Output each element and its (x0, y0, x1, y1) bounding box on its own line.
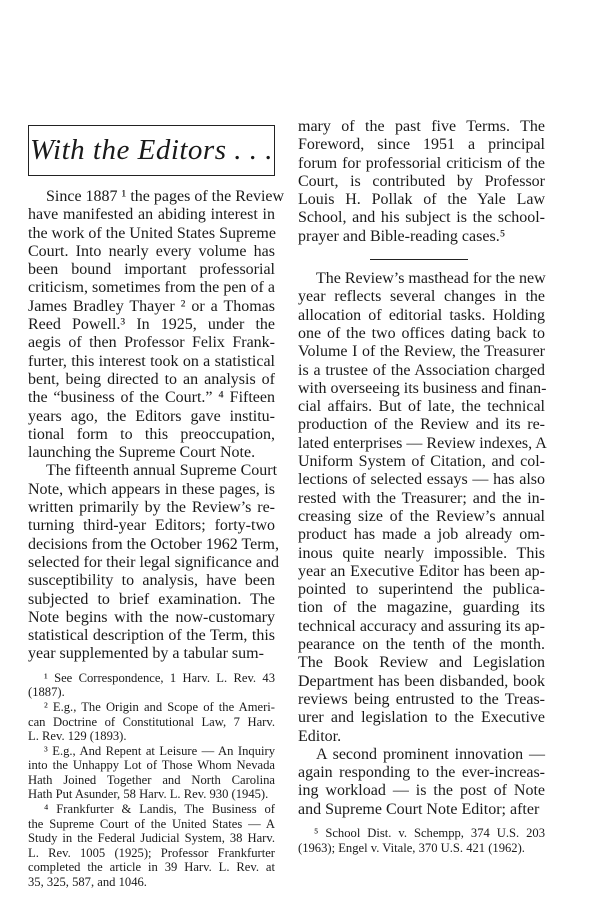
right-column: mary of the past five Terms. TheForeword… (298, 118, 545, 855)
text-line: written primarily by the Review’s re- (28, 499, 275, 517)
text-line: ing workload — is the post of Note (298, 782, 545, 800)
text-line: The Book Review and Legislation (298, 654, 545, 672)
paragraph-1: Since 1887 ¹ the pages of the Reviewhave… (28, 188, 275, 462)
text-line: School, and his subject is the school- (298, 209, 545, 227)
text-line: one of the two offices dating back to (298, 325, 545, 343)
text-line: Foreword, since 1951 a principal (298, 136, 545, 154)
text-line: lections of selected essays — has also (298, 471, 545, 489)
text-line: the “business of the Court.” ⁴ Fifteen (28, 389, 275, 407)
text-line: aegis of then Professor Felix Frank- (28, 334, 275, 352)
text-line: The fifteenth annual Supreme Court (28, 462, 275, 480)
text-line: Reed Powell.³ In 1925, under the (28, 316, 275, 334)
text-line: again responding to the ever-increas- (298, 764, 545, 782)
footnote-5: ⁵ School Dist. v. Schempp, 374 U.S. 203(… (298, 826, 545, 855)
text-line: prayer and Bible-reading cases.⁵ (298, 228, 545, 246)
text-line: year reflects several changes in the (298, 288, 545, 306)
text-line: is a trustee of the Association charged (298, 362, 545, 380)
text-line: can Doctrine of Constitutional Law, 7 Ha… (28, 715, 275, 730)
text-line: Louis H. Pollak of the Yale Law (298, 191, 545, 209)
text-line: tion of the magazine, guarding its (298, 599, 545, 617)
text-line: criticism, sometimes from the pen of a (28, 279, 275, 297)
text-line: tional form to this preoccupation, (28, 426, 275, 444)
text-line: A second prominent innovation — (298, 746, 545, 764)
text-line: Uniform System of Citation, and col- (298, 453, 545, 471)
text-line: furter, this interest took on a statisti… (28, 353, 275, 371)
text-line: Study in the Federal Judicial System, 38… (28, 831, 275, 846)
footnote-3: ³ E.g., And Repent at Leisure — An Inqui… (28, 744, 275, 802)
text-line: pointed to superintend the publica- (298, 581, 545, 599)
text-line: L. Rev. 129 (1893). (28, 729, 275, 744)
text-line: susceptibility to analysis, have been (28, 572, 275, 590)
text-line: allocation of editorial tasks. Holding (298, 307, 545, 325)
text-line: ⁴ Frankfurter & Landis, The Business of (28, 802, 275, 817)
text-line: and Supreme Court Note Editor; after (298, 801, 545, 819)
text-line: lated enterprises — Review indexes, A (298, 435, 545, 453)
paragraph-5: A second prominent innovation —again res… (298, 746, 545, 819)
text-line: ⁵ School Dist. v. Schempp, 374 U.S. 203 (298, 826, 545, 841)
text-line: with overseeing its business and finan- (298, 380, 545, 398)
paragraph-3: mary of the past five Terms. TheForeword… (298, 118, 545, 246)
text-line: subjected to brief examination. The (28, 591, 275, 609)
text-line: cial affairs. But of late, the technical (298, 398, 545, 416)
text-line: 35, 325, 587, and 1046. (28, 875, 275, 890)
text-line: been bound important professorial (28, 261, 275, 279)
text-line: bent, being directed to an analysis of (28, 371, 275, 389)
text-line: The Review’s masthead for the new (298, 270, 545, 288)
footnotes-left: ¹ See Correspondence, 1 Harv. L. Rev. 43… (28, 671, 275, 890)
text-line: launching the Supreme Court Note. (28, 444, 275, 462)
text-line: (1963); Engel v. Vitale, 370 U.S. 421 (1… (298, 841, 545, 856)
text-line: production of the Review and its re- (298, 416, 545, 434)
text-line: Editor. (298, 728, 545, 746)
text-line: selected for their legal significance an… (28, 554, 275, 572)
text-line: Volume I of the Review, the Treasurer (298, 343, 545, 361)
text-line: the work of the United States Supreme (28, 225, 275, 243)
section-title: With the Editors . . . (30, 134, 273, 167)
text-line: turning third-year Editors; forty-two (28, 517, 275, 535)
paragraph-2: The fifteenth annual Supreme CourtNote, … (28, 462, 275, 663)
text-line: Court, is contributed by Professor (298, 173, 545, 191)
footnote-2: ² E.g., The Origin and Scope of the Amer… (28, 700, 275, 744)
text-line: rested with the Treasurer; and the in- (298, 490, 545, 508)
text-line: year an Executive Editor has been ap- (298, 563, 545, 581)
text-line: Note, which appears in these pages, is (28, 481, 275, 499)
text-line: year supplemented by a tabular sum- (28, 645, 275, 663)
text-line: (1887). (28, 685, 275, 700)
text-line: have manifested an abiding interest in (28, 206, 275, 224)
left-column: With the Editors . . . Since 1887 ¹ the … (28, 118, 275, 890)
text-line: ³ E.g., And Repent at Leisure — An Inqui… (28, 744, 275, 759)
text-line: technical accuracy and assuring its ap- (298, 618, 545, 636)
text-line: urer and legislation to the Executive (298, 709, 545, 727)
text-line: Hath Joined Together and North Carolina (28, 773, 275, 788)
text-line: reviews being entrusted to the Treas- (298, 691, 545, 709)
text-line: mary of the past five Terms. The (298, 118, 545, 136)
text-line: statistical description of the Term, thi… (28, 627, 275, 645)
text-line: James Bradley Thayer ² or a Thomas (28, 298, 275, 316)
section-title-box: With the Editors . . . (28, 125, 275, 176)
text-line: inous quite nearly impossible. This (298, 545, 545, 563)
text-line: forum for professorial criticism of the (298, 155, 545, 173)
footnote-1: ¹ See Correspondence, 1 Harv. L. Rev. 43… (28, 671, 275, 700)
footnote-4: ⁴ Frankfurter & Landis, The Business oft… (28, 802, 275, 890)
footnotes-right: ⁵ School Dist. v. Schempp, 374 U.S. 203(… (298, 826, 545, 855)
text-line: L. Rev. 1005 (1925); Professor Frankfurt… (28, 846, 275, 861)
text-line: Since 1887 ¹ the pages of the Review (28, 188, 275, 206)
text-line: creasing size of the Review’s annual (298, 508, 545, 526)
text-line: ¹ See Correspondence, 1 Harv. L. Rev. 43 (28, 671, 275, 686)
text-line: years ago, the Editors gave institu- (28, 408, 275, 426)
text-line: Note begins with the now-customary (28, 609, 275, 627)
text-line: Department has been disbanded, book (298, 673, 545, 691)
text-line: product has made a job already om- (298, 526, 545, 544)
text-line: Hath Put Asunder, 58 Harv. L. Rev. 930 (… (28, 787, 275, 802)
paragraph-4: The Review’s masthead for the newyear re… (298, 270, 545, 746)
text-line: completed the article in 39 Harv. L. Rev… (28, 860, 275, 875)
text-line: the Supreme Court of the United States —… (28, 817, 275, 832)
section-separator-rule (370, 259, 468, 260)
text-line: decisions from the October 1962 Term, (28, 536, 275, 554)
text-line: pearance on the tenth of the month. (298, 636, 545, 654)
text-line: into the Unhappy Lot of Those Whom Nevad… (28, 758, 275, 773)
text-line: Court. Into nearly every volume has (28, 243, 275, 261)
text-line: ² E.g., The Origin and Scope of the Amer… (28, 700, 275, 715)
